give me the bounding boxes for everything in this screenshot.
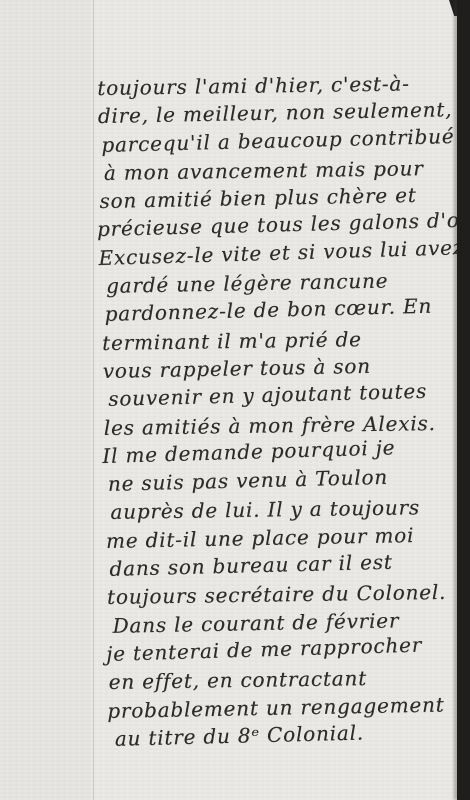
handwriting-block: toujours l'ami d'hier, c'est-à- dire, le… xyxy=(97,67,470,753)
scan-edge-border xyxy=(457,0,470,800)
page-fold-line xyxy=(93,0,94,800)
scanned-letter-page: toujours l'ami d'hier, c'est-à- dire, le… xyxy=(0,0,470,800)
handwritten-line: toujours secrétaire du Colonel. xyxy=(107,578,470,612)
handwritten-line: terminant il m'a prié de xyxy=(102,323,467,357)
handwritten-line: à mon avancement mais pour xyxy=(104,153,464,187)
page-left-margin xyxy=(0,0,93,800)
handwritten-line: toujours l'ami d'hier, c'est-à- xyxy=(97,69,462,103)
handwritten-line: en effet, en contractant xyxy=(108,663,470,697)
handwritten-line: auprès de lui. Il y a toujours xyxy=(110,493,470,527)
